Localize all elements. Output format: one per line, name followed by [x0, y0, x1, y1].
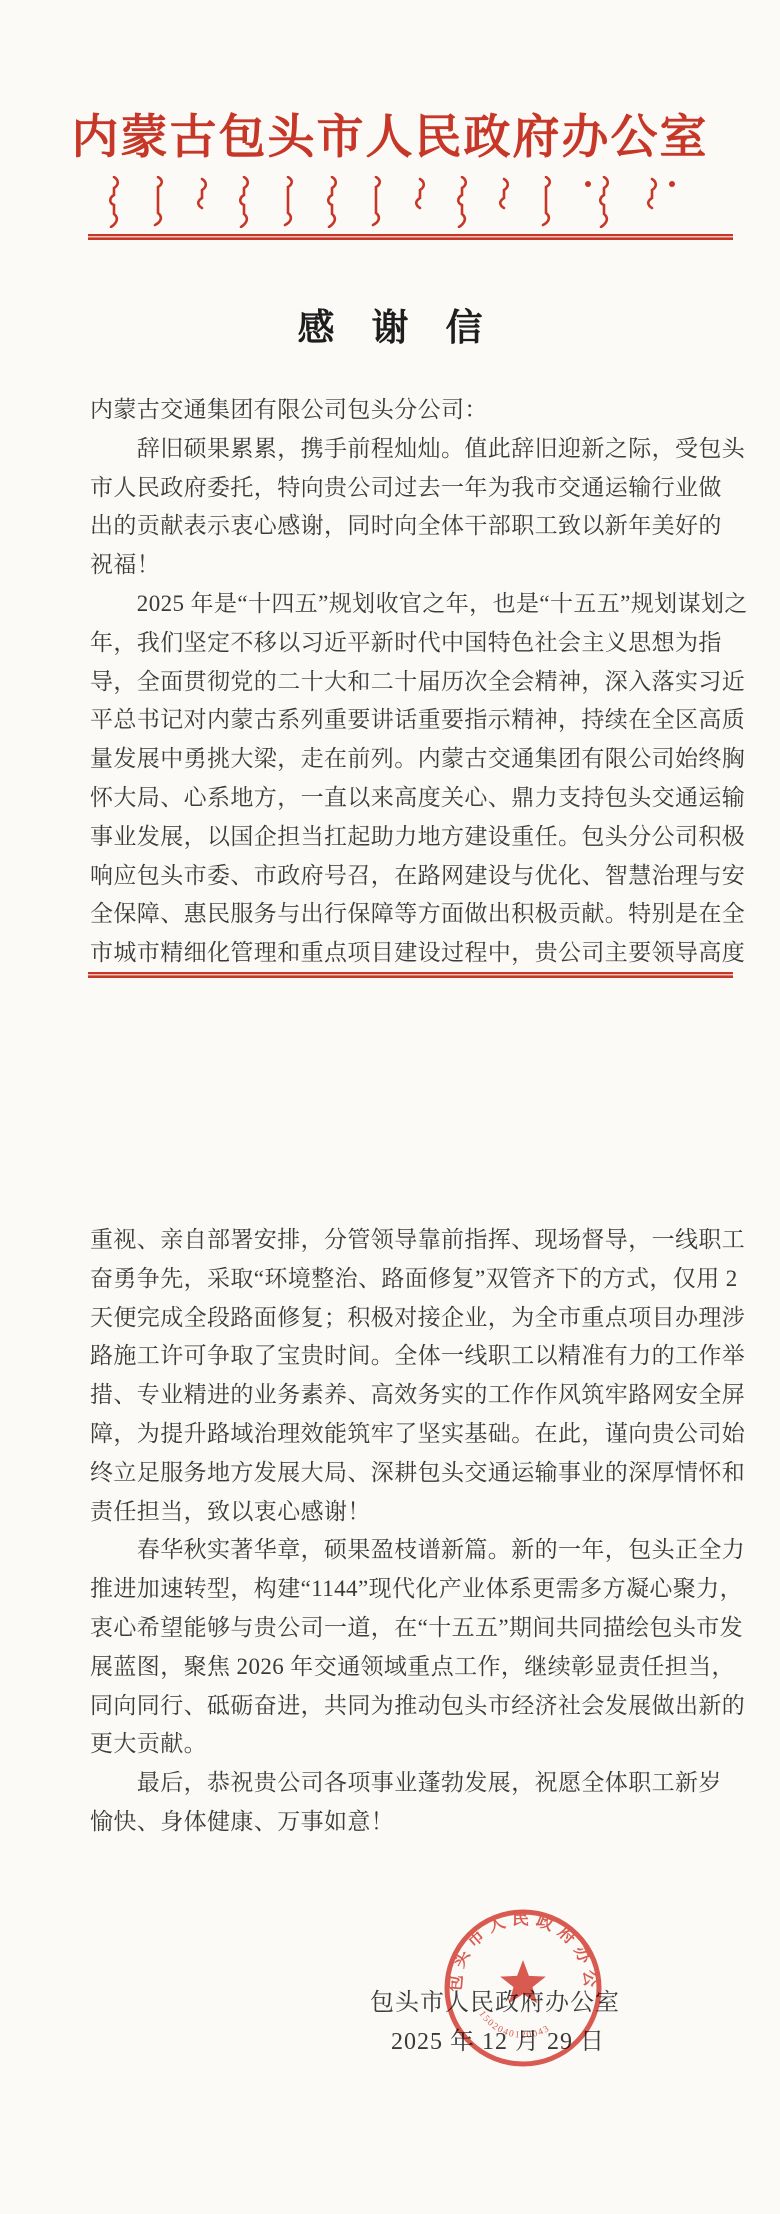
letter-line: 更大贡献。: [90, 1725, 710, 1764]
letter-line: 全保障、惠民服务与出行保障等方面做出积极贡献。特别是在全: [90, 895, 710, 934]
letter-line: 祝福！: [90, 546, 710, 585]
mongolian-script-text: [0, 176, 780, 228]
letter-line: 责任担当，致以衷心感谢！: [90, 1493, 710, 1532]
letterhead-divider-rule: [88, 234, 733, 240]
letter-title: 感 谢 信: [0, 297, 780, 351]
letter-line: 最后，恭祝贵公司各项事业蓬勃发展，祝愿全体职工新岁: [90, 1764, 710, 1803]
letter-body-page1: 内蒙古交通集团有限公司包头分公司： 辞旧硕果累累，携手前程灿灿。值此辞旧迎新之际…: [90, 391, 710, 973]
letter-line: 市人民政府委托，特向贵公司过去一年为我市交通运输行业做: [90, 469, 710, 508]
letter-line: 措、专业精进的业务素养、高效务实的工作作风筑牢路网安全屏: [90, 1376, 710, 1415]
letter-line: 推进加速转型，构建“1144”现代化产业体系更需多方凝心聚力，: [90, 1570, 710, 1609]
letter-line: 路施工许可争取了宝贵时间。全体一线职工以精准有力的工作举: [90, 1337, 710, 1376]
letter-line: 事业发展，以国企担当扛起助力地方建设重任。包头分公司积极: [90, 818, 710, 857]
letter-line: 展蓝图，聚焦 2026 年交通领域重点工作，继续彰显责任担当，: [90, 1648, 710, 1687]
letterhead-org-title: 内蒙古包头市人民政府办公室: [0, 100, 780, 167]
letter-line: 春华秋实著华章，硕果盈枝谱新篇。新的一年，包头正全力: [90, 1531, 710, 1570]
official-seal: 包头市人民政府办公室 1502040120043: [441, 1906, 605, 2070]
letter-line: 障，为提升路域治理效能筑牢了坚实基础。在此，谨向贵公司始: [90, 1415, 710, 1454]
letter-body-page2: 重视、亲自部署安排，分管领导靠前指挥、现场督导，一线职工奋勇争先，采取“环境整治…: [90, 1221, 710, 1842]
letter-line: 终立足服务地方发展大局、深耕包头交通运输事业的深厚情怀和: [90, 1454, 710, 1493]
letter-line: 内蒙古交通集团有限公司包头分公司：: [90, 391, 710, 430]
seal-star: [500, 1960, 546, 2003]
letter-line: 导，全面贯彻党的二十大和二十届历次全会精神，深入落实习近: [90, 663, 710, 702]
letter-line: 2025 年是“十四五”规划收官之年，也是“十五五”规划谋划之: [90, 585, 710, 624]
letter-line: 衷心希望能够与贵公司一道，在“十五五”期间共同描绘包头市发: [90, 1609, 710, 1648]
letter-line: 天便完成全段路面修复；积极对接企业，为全市重点项目办理涉: [90, 1299, 710, 1338]
letter-line: 怀大局、心系地方，一直以来高度关心、鼎力支持包头交通运输: [90, 779, 710, 818]
letter-line: 年，我们坚定不移以习近平新时代中国特色社会主义思想为指: [90, 624, 710, 663]
page-break-rule: [88, 972, 733, 978]
scanned-letter-page: 内蒙古包头市人民政府办公室: [0, 0, 780, 2214]
letter-line: 同向同行、砥砺奋进，共同为推动包头市经济社会发展做出新的: [90, 1687, 710, 1726]
letter-line: 出的贡献表示衷心感谢，同时向全体干部职工致以新年美好的: [90, 507, 710, 546]
mongolian-script-glyphs: [100, 176, 680, 228]
letter-line: 市城市精细化管理和重点项目建设过程中，贵公司主要领导高度: [90, 934, 710, 973]
letter-line: 重视、亲自部署安排，分管领导靠前指挥、现场督导，一线职工: [90, 1221, 710, 1260]
seal-number: 1502040120043: [476, 2009, 552, 2040]
letter-line: 平总书记对内蒙古系列重要讲话重要指示精神，持续在全区高质: [90, 701, 710, 740]
letter-line: 量发展中勇挑大梁，走在前列。内蒙古交通集团有限公司始终胸: [90, 740, 710, 779]
letter-line: 辞旧硕果累累，携手前程灿灿。值此辞旧迎新之际，受包头: [90, 430, 710, 469]
letter-line: 奋勇争先，采取“环境整治、路面修复”双管齐下的方式，仅用 2: [90, 1260, 710, 1299]
letter-line: 愉快、身体健康、万事如意！: [90, 1803, 710, 1842]
letter-line: 响应包头市委、市政府号召，在路网建设与优化、智慧治理与安: [90, 857, 710, 896]
